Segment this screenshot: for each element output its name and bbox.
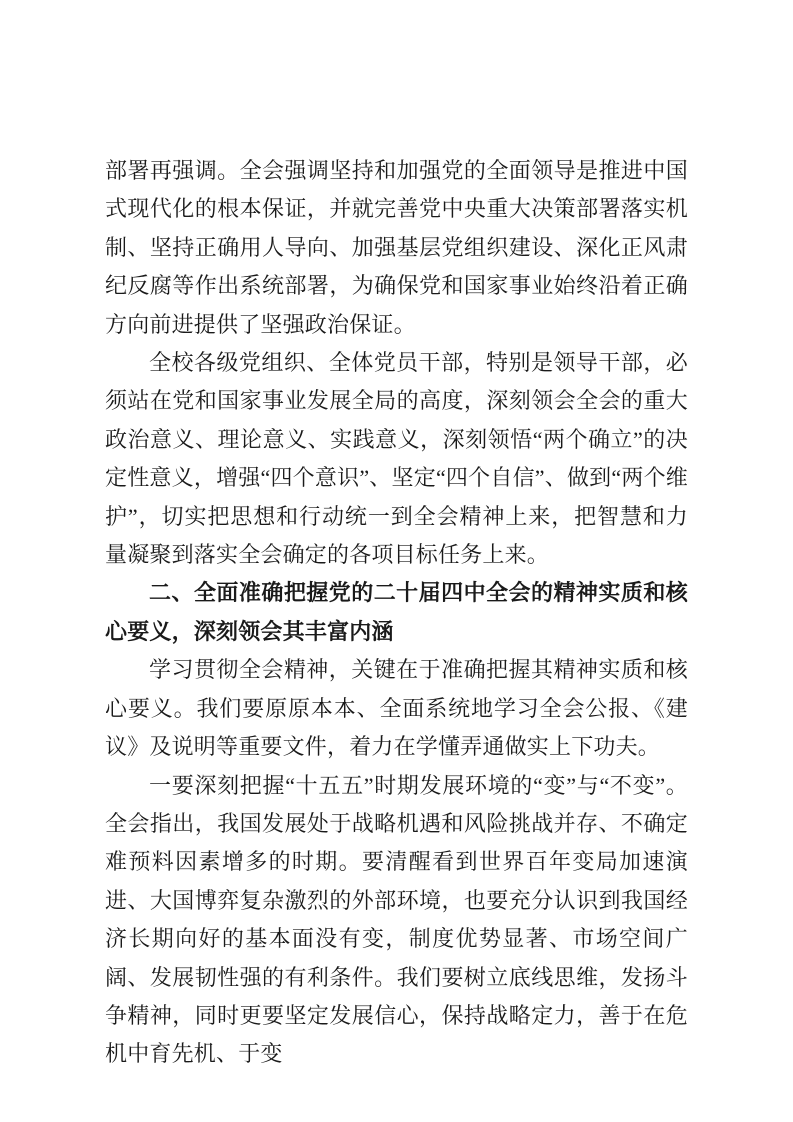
section-heading-two: 二、全面准确把握党的二十届四中全会的精神实质和核心要义，深刻领会其丰富内涵 <box>105 574 688 651</box>
paragraph-plenary-deployment-continued: 部署再强调。全会强调坚持和加强党的全面领导是推进中国式现代化的根本保证，并就完善… <box>105 152 688 344</box>
paragraph-party-organizations-requirements: 全校各级党组织、全体党员干部，特别是领导干部，必须站在党和国家事业发展全局的高度… <box>105 344 688 574</box>
paragraph-study-plenary-spirit: 学习贯彻全会精神，关键在于准确把握其精神实质和核心要义。我们要原原本本、全面系统… <box>105 651 688 766</box>
paragraph-grasp-change-and-unchange: 一要深刻把握“十五五”时期发展环境的“变”与“不变”。全会指出，我国发展处于战略… <box>105 767 688 1074</box>
document-page: 部署再强调。全会强调坚持和加强党的全面领导是推进中国式现代化的根本保证，并就完善… <box>0 0 793 1122</box>
